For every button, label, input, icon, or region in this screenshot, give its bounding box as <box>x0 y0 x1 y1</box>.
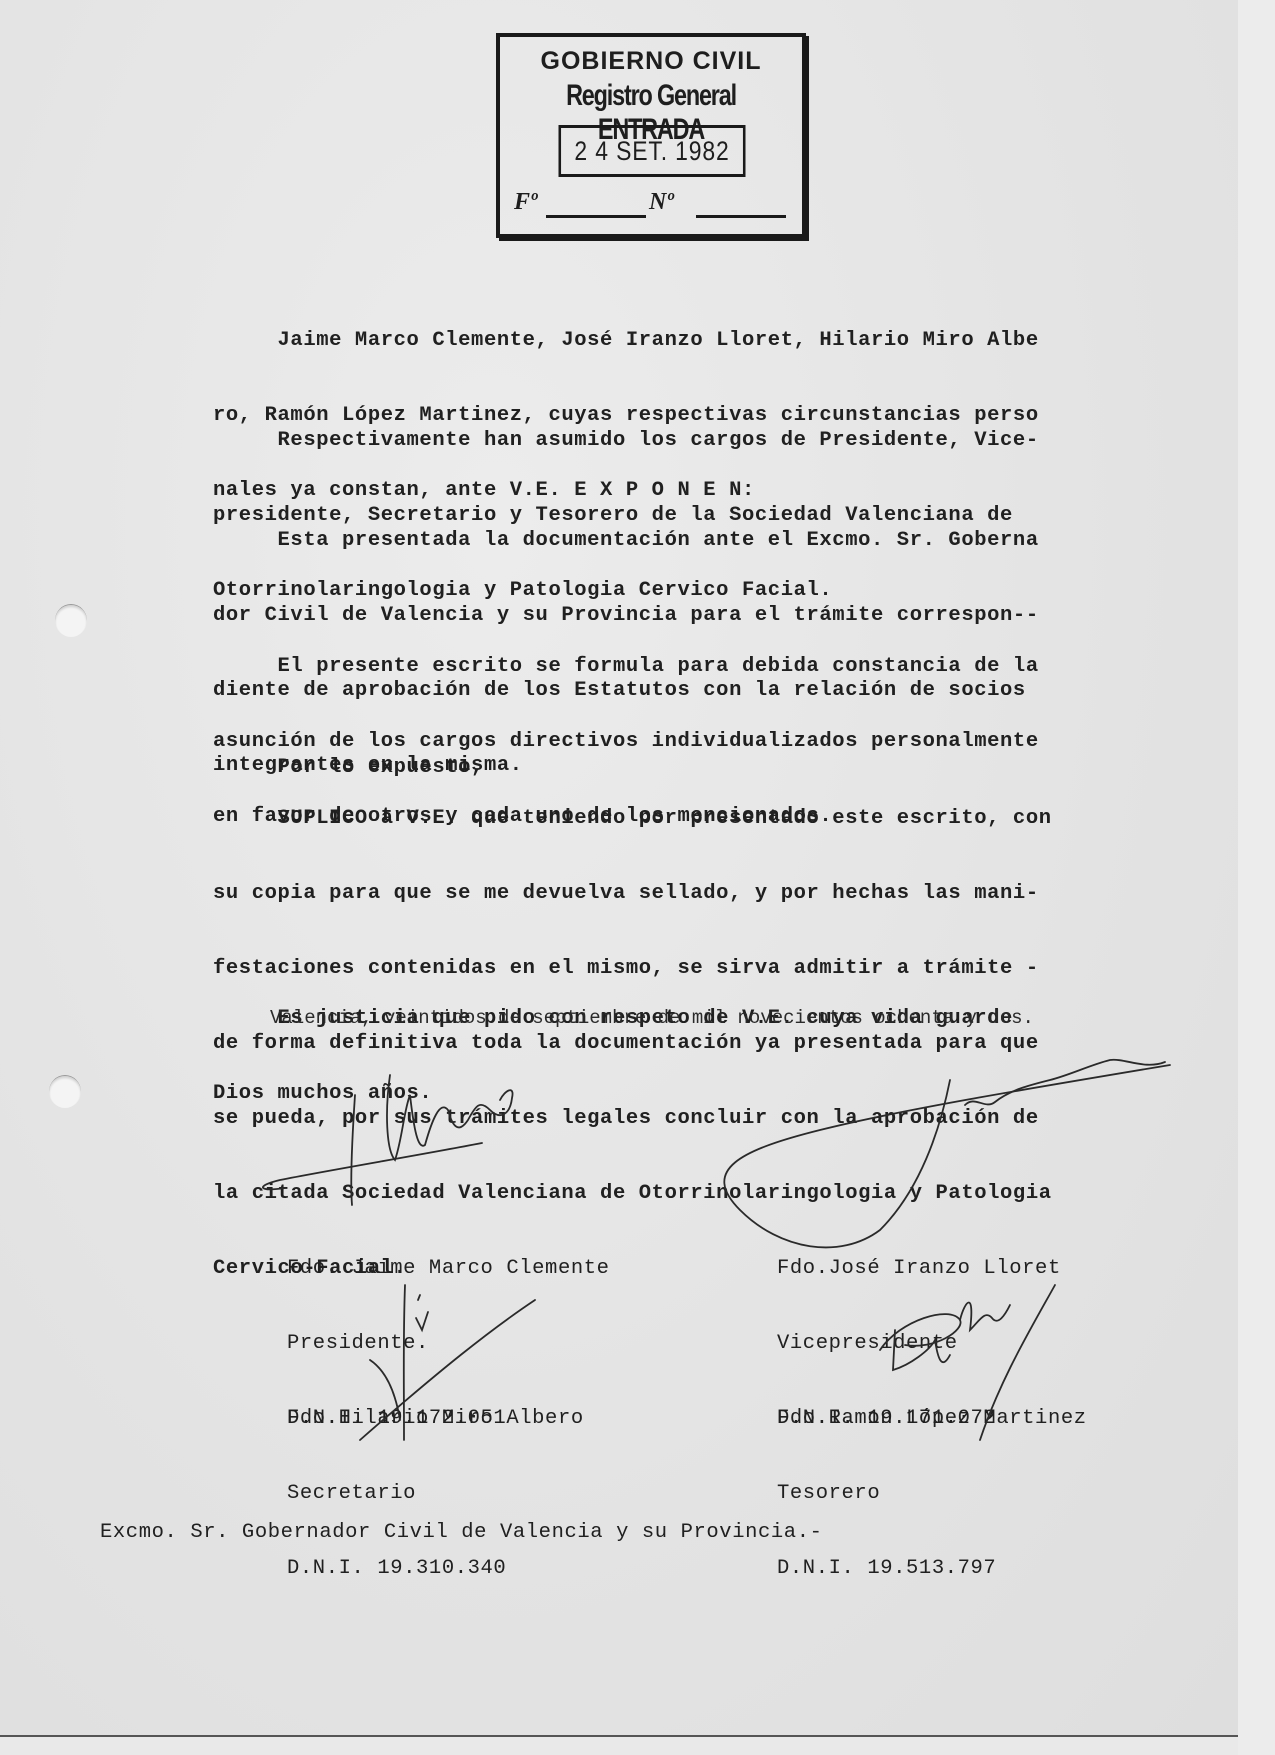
text-line: El presente escrito se formula para debi… <box>213 654 1039 679</box>
stamp-number-line <box>696 215 786 218</box>
registry-stamp: GOBIERNO CIVIL Registro General ENTRADA … <box>496 33 806 238</box>
signatory-role: Presidente. <box>287 1331 610 1356</box>
text-line: Respectivamente han asumido los cargos d… <box>213 428 1039 453</box>
signatory-name: Fdo.José Iranzo Lloret <box>777 1256 1061 1281</box>
stamp-folio-line <box>546 215 646 218</box>
stamp-fields: Fº Nº <box>514 189 792 219</box>
stamp-date: 2 4 SET. 1982 <box>559 125 746 177</box>
signatory-dni: D.N.I. 19.310.340 <box>287 1556 584 1581</box>
text-line: la citada Sociedad Valenciana de Otorrin… <box>213 1181 1052 1206</box>
text-line: Dios muchos años. <box>213 1081 1013 1106</box>
signatory-role: Secretario <box>287 1481 584 1506</box>
signatory-role: Tesorero <box>777 1481 1087 1506</box>
text-line: SUPLICO a V.E. que teniendo por presenta… <box>213 806 1052 831</box>
punch-hole <box>55 604 87 637</box>
signatory-name: Fdo. Jaime Marco Clemente <box>287 1256 610 1281</box>
signatory-secretary: Fdo.Hilario Miro Albero Secretario D.N.I… <box>287 1356 584 1606</box>
punch-hole <box>49 1075 81 1108</box>
text-line: Esta presentada la documentación ante el… <box>213 528 1039 553</box>
date-line: Valencia, veintidos de septiembre de mil… <box>213 1006 1034 1031</box>
paragraph-justicia: Es justicia que pido con respeto de V.E.… <box>213 956 1013 1131</box>
scan-background-strip <box>1238 0 1275 1755</box>
stamp-folio-label: Fº <box>514 189 537 216</box>
text-line: Jaime Marco Clemente, José Iranzo Lloret… <box>213 328 1039 353</box>
stamp-title: GOBIERNO CIVIL <box>500 47 802 76</box>
signatory-role: Vicepresidente <box>777 1331 1061 1356</box>
text-line: su copia para que se me devuelva sellado… <box>213 881 1052 906</box>
signatory-name: Fdo.Hilario Miro Albero <box>287 1406 584 1431</box>
stamp-number-label: Nº <box>649 189 674 216</box>
signatory-treasurer: Fdo.Ramon López Martinez Tesorero D.N.I.… <box>777 1356 1087 1606</box>
addressee-line: Excmo. Sr. Gobernador Civil de Valencia … <box>100 1520 823 1545</box>
signatory-name: Fdo.Ramon López Martinez <box>777 1406 1087 1431</box>
signatory-dni: D.N.I. 19.513.797 <box>777 1556 1087 1581</box>
